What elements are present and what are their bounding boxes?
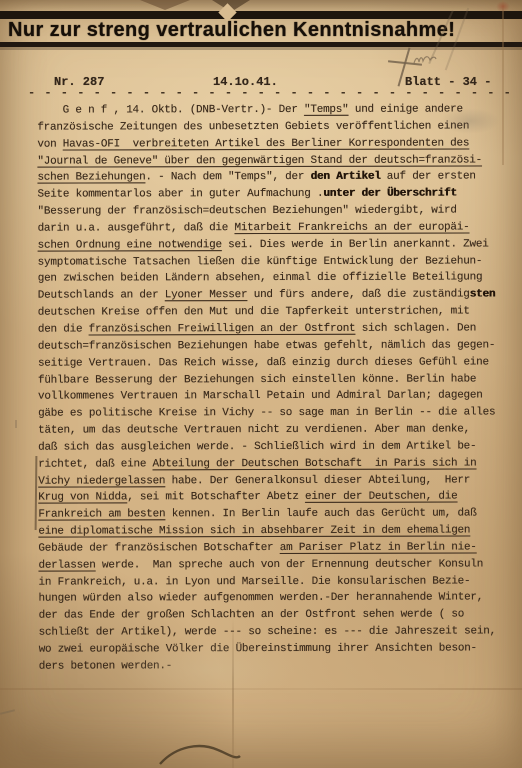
text-segment: . - Nach dem "Temps", der [145,171,310,183]
text-line: eine diplomatische Mission sich in abseh… [38,522,514,540]
text-line: Gebäude der französischen Botschafter am… [38,539,514,557]
text-line: Krug von Nidda, sei mit Botschafter Abet… [38,489,514,507]
text-line: deutsch=französischen Beziehungen habe e… [38,337,514,355]
paper-stain [496,1,510,12]
bold-text: unter der Überschrift [323,188,456,200]
body-text: G e n f , 14. Oktb. (DNB-Vertr.)- Der "T… [37,101,514,675]
text-line: schen Beziehungen. - Nach dem "Temps", d… [37,169,513,187]
text-segment: richtet, daß eine [38,458,152,470]
text-line: "Journal de Geneve" über den gegenwärtig… [37,152,513,170]
text-segment: hungen würden also wieder aufgenommen we… [39,592,484,605]
text-segment: in Frankreich, u.a. in Lyon und Marseill… [38,575,470,588]
text-segment: französische Zeitungen des unbesetzten G… [37,120,469,133]
text-line: Deutschlands an der Lyoner Messer und fü… [38,287,514,305]
text-segment: Seite kommentarlos aber in guter Aufmach… [37,188,323,201]
underlined-text: "Temps" [304,104,349,116]
text-segment: gen zwischen beiden Ländern absehen, ein… [38,272,483,285]
underlined-text: schen Beziehungen [37,172,145,184]
text-line: den die französischen Freiwilligen an de… [38,320,514,338]
text-line: "Besserung der französisch=deutschen Bez… [38,202,514,220]
text-segment: vollkommenes Vertrauen in Marschall Peta… [38,390,483,403]
paper-highlight [120,640,300,700]
text-segment: täten, um das deutsche Vertrauen nicht z… [38,424,470,437]
text-segment: fühlbare Besserung der Beziehungen sich … [38,373,476,386]
text-line: Seite kommentarlos aber in guter Aufmach… [37,186,513,204]
text-segment: symptomatische Tatsachen ließen die künf… [38,255,483,268]
text-segment: seitige Vertrauen. Das Reich wisse, daß … [38,356,489,369]
text-line: täten, um das deutsche Vertrauen nicht z… [38,421,514,439]
text-segment: darin u.a. ausgeführt, daß die [38,222,235,235]
underlined-text: Krug von Nidda [38,492,127,504]
underlined-text: "Journal de Geneve" über den gegenwärtig… [37,154,482,167]
underlined-text: französischen Freiwilligen an der Ostfro… [89,323,356,336]
text-segment: deutsch=französischen Beziehungen habe e… [38,339,495,352]
text-segment: Deutschlands an der [38,290,165,302]
bold-text: sten [470,289,495,301]
document-page: Nur zur streng vertraulichen Kenntnisnah… [0,0,522,768]
text-segment: sich schlagen. Den [355,322,476,334]
text-line: symptomatische Tatsachen ließen die künf… [38,253,514,271]
text-segment: , sei mit Botschafter Abetz [127,491,305,503]
text-segment: sei. Dies werde in Berlin anerkannt. Zwe… [222,238,489,251]
text-segment: und fürs andere, daß die zuständig [247,289,469,302]
text-segment: der das Ende der großen Schlachten an de… [39,609,465,622]
text-segment: werde. Man spreche auch von der Ernennun… [96,558,483,571]
underlined-text: Lyoner Messer [165,289,248,301]
banner-bottom-rule [0,42,522,47]
text-line: schen Ordnung eine notwendige sei. Dies … [38,236,514,254]
text-segment: "Besserung der französisch=deutschen Bez… [38,205,457,218]
pencil-tick-mark [0,709,15,715]
bottom-flourish-mark [158,742,242,768]
text-segment: deutschen Kreise offen den Mut und die T… [38,306,470,319]
banner-top-rule [0,11,522,19]
text-segment: Gebäude der französischen Botschafter [38,542,279,555]
underlined-text: schen Ordnung eine notwendige [38,239,222,251]
dashed-divider: - - - - - - - - - - - - - - - - - - - - … [28,86,522,101]
pencil-tick-mark [15,420,17,428]
paper-top-shadow [0,0,522,10]
text-segment: den die [38,323,89,335]
text-line: deutschen Kreise offen den Mut und die T… [38,304,514,322]
text-line: richtet, daß eine Abteilung der Deutsche… [38,455,514,473]
underlined-text: eine diplomatische Mission sich in abseh… [38,525,470,538]
text-line: daß sich das ausgleichen werde. - Schlie… [38,438,514,456]
paper-stain [440,108,500,134]
text-segment: daß sich das ausgleichen werde. - Schlie… [38,440,476,453]
text-segment: habe. Der Generalkonsul dieser Abteilung… [165,474,470,487]
underlined-text: Frankreich am besten [38,509,165,521]
text-line: derlassen werde. Man spreche auch von de… [38,556,514,574]
underlined-text: derlassen [38,559,95,571]
text-line: Vichy niedergelassen habe. Der Generalko… [38,472,514,490]
text-line: fühlbare Besserung der Beziehungen sich … [38,371,514,389]
text-line: gäbe es politische Kreise in Vichy -- so… [38,405,514,423]
text-line: darin u.a. ausgeführt, daß die Mitarbeit… [38,219,514,237]
text-segment: auf der ersten [380,171,475,183]
text-line: hungen würden also wieder aufgenommen we… [39,590,515,608]
underlined-text: Mitarbeit Frankreichs an der europäi- [234,221,469,234]
underlined-text: Abteilung der Deutschen Botschaft in Par… [153,457,477,470]
text-line: seitige Vertrauen. Das Reich wisse, daß … [38,354,514,372]
text-line: der das Ende der großen Schlachten an de… [39,607,515,625]
pencil-scribble-mark [412,52,438,66]
text-line: von Havas-OFI verbreiteten Artikel des B… [37,135,513,153]
underlined-text: einer der Deutschen, die [305,491,457,503]
text-segment: schließt der Artikel), werde --- so sche… [39,626,496,639]
paper-edge-crease [502,0,504,165]
text-line: vollkommenes Vertrauen in Marschall Peta… [38,388,514,406]
bold-text: den Artikel [311,171,381,183]
underlined-text: am Pariser Platz in Berlin nie- [280,541,477,554]
text-line: gen zwischen beiden Ländern absehen, ein… [38,270,514,288]
text-segment: kennen. In Berlin laufe auch das Gerücht… [165,508,476,521]
margin-emphasis-line [35,456,38,530]
text-segment: G e n f , 14. Oktb. (DNB-Vertr.)- Der [37,104,304,117]
text-segment: von [37,138,62,150]
text-line: in Frankreich, u.a. in Lyon und Marseill… [38,573,514,591]
text-line: schließt der Artikel), werde --- so sche… [39,624,515,642]
paper-tear-mark [140,0,190,10]
underlined-text: Vichy niedergelassen [38,475,165,487]
text-line: Frankreich am besten kennen. In Berlin l… [38,506,514,524]
text-segment: gäbe es politische Kreise in Vichy -- so… [38,407,495,420]
underlined-text: Havas-OFI verbreiteten Artikel des Berli… [63,137,469,150]
